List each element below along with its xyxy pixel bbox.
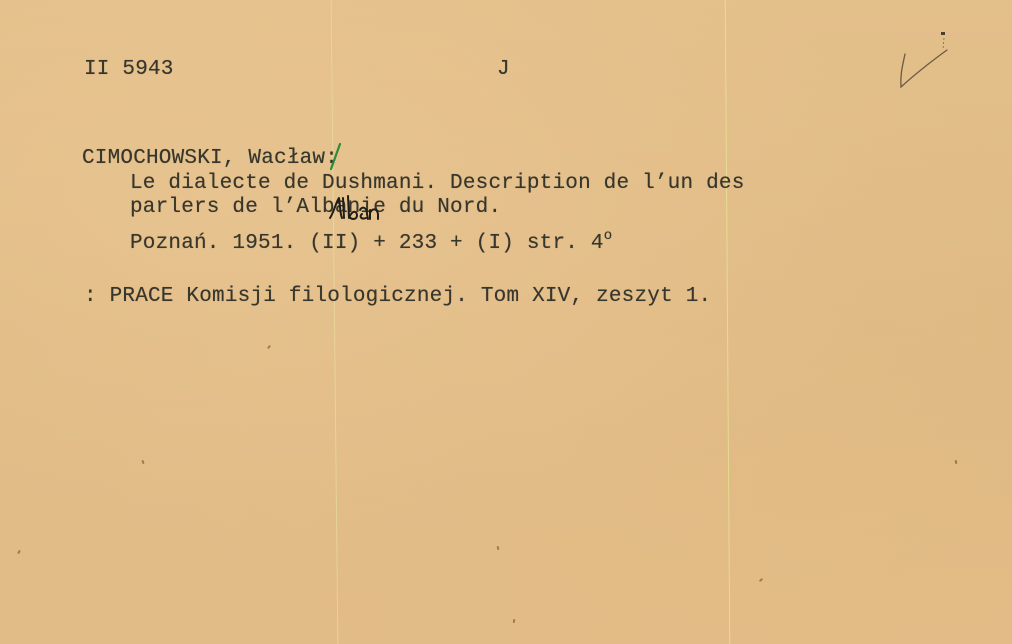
pencil-check-mark-icon — [895, 30, 955, 92]
author-heading: CIMOCHOWSKI, Wacław: — [82, 147, 338, 171]
imprint-text: Poznań. 1951. (II) + 233 + (I) str. 4 — [130, 232, 604, 255]
vertical-rule-left — [331, 0, 339, 644]
vertical-rule-right — [725, 0, 730, 644]
series-statement: : PRACE Komisji filologicznej. Tom XIV, … — [84, 285, 711, 309]
location-mark: J — [497, 58, 510, 82]
imprint: Poznań. 1951. (II) + 233 + (I) str. 4o — [130, 232, 612, 257]
paper-speck — [141, 460, 144, 464]
paper-speck — [497, 546, 500, 550]
paper-speck — [955, 460, 958, 464]
title-line-1: Le dialecte de Dushmani. Description de … — [130, 172, 745, 196]
paper-speck — [759, 578, 763, 582]
paper-speck — [17, 550, 21, 554]
paper-speck — [267, 345, 271, 349]
paper-speck — [513, 619, 516, 623]
call-number: II 5943 — [84, 58, 174, 82]
catalog-card: II 5943 J CIMOCHOWSKI, Wacław: Le dialec… — [0, 0, 1012, 644]
format-degree: o — [604, 228, 613, 244]
title-line-2: parlers de l’Albanie du Nord. — [130, 196, 501, 220]
